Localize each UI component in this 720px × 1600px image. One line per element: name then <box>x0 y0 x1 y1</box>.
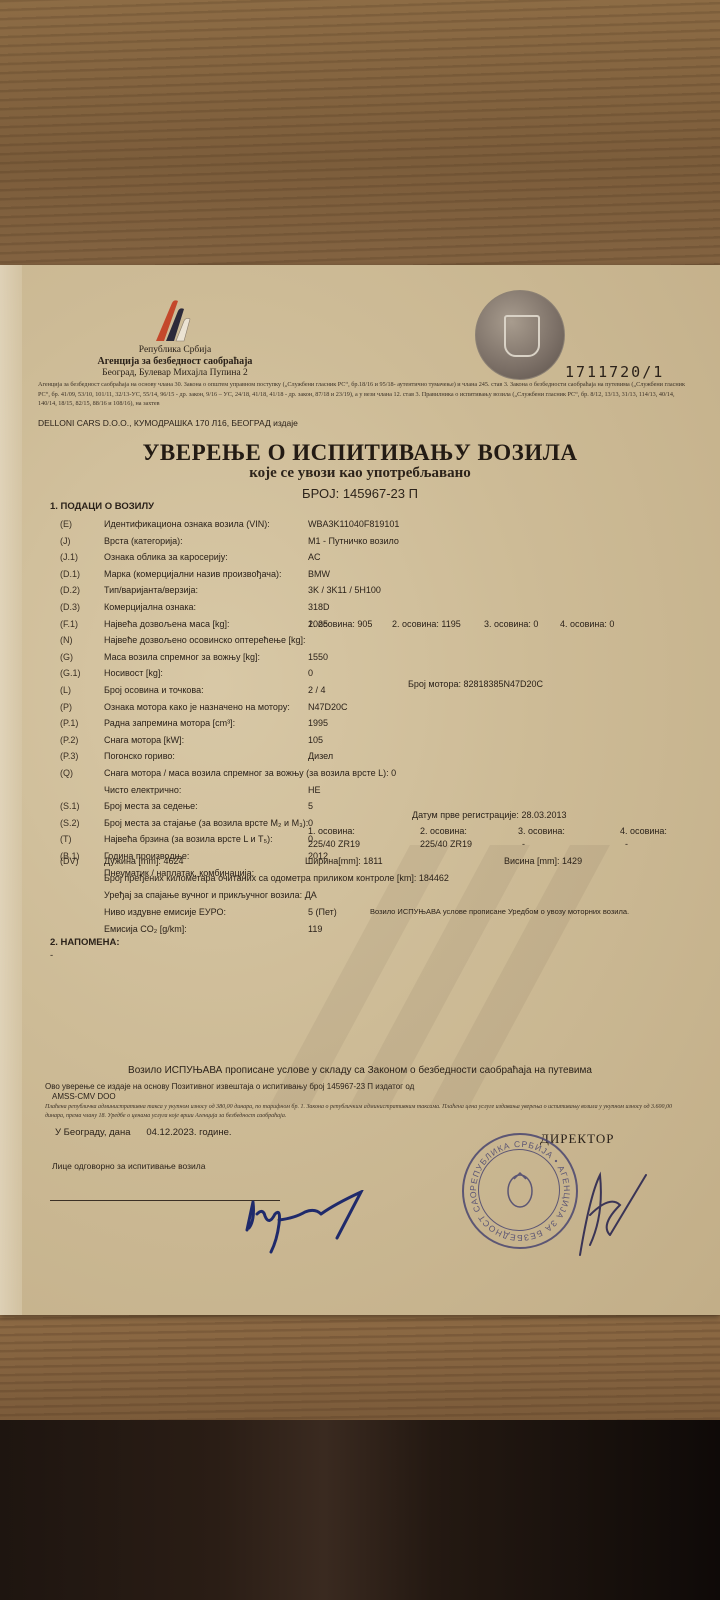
agency-address: Београд, Булевар Михајла Пупина 2 <box>80 368 270 379</box>
compliance-statement: Возило ИСПУЊАВА прописане услове у склад… <box>0 1065 720 1076</box>
section-vehicle-data-heading: 1. ПОДАЦИ О ВОЗИЛУ <box>50 501 154 512</box>
first-registration-label: Датум прве регистрације: <box>412 810 519 820</box>
vehicle-data-row: (D.3)Комерцијална ознака:318D <box>60 600 680 614</box>
axle-load-1: 1. осовина: 905 <box>308 617 372 631</box>
co2-value: 119 <box>308 922 322 936</box>
vehicle-data-row: (P.2)Снага мотора [kW]:105 <box>60 733 680 747</box>
field-value: 105 <box>308 733 323 747</box>
vehicle-data-row: (E)Идентификациона ознака возила (VIN):W… <box>60 517 680 531</box>
tyre-axle-1-label: 1. осовина: <box>308 824 355 838</box>
field-value: N47D20C <box>308 700 348 714</box>
coat-of-arms-icon <box>504 315 540 357</box>
field-code: (J.1) <box>60 550 110 564</box>
tyre-axle-4-value: - <box>625 837 628 851</box>
field-label: Комерцијална ознака: <box>104 600 196 614</box>
field-code: (D.2) <box>60 583 110 597</box>
field-value: 5 <box>308 799 313 813</box>
signature-tester-icon <box>235 1190 375 1260</box>
towing-label: Уређај за спајање вучног и прикључног во… <box>104 890 302 900</box>
field-value: 0 <box>308 666 313 680</box>
axle-load-2: 2. осовина: 1195 <box>392 617 461 631</box>
field-label: Носивост [kg]: <box>104 666 163 680</box>
field-label: Марка (комерцијални назив произвођача): <box>104 567 281 581</box>
field-code: (S.1) <box>60 799 110 813</box>
testing-lab: AMSS-CMV DOO <box>52 1092 116 1101</box>
wooden-table-top <box>0 0 720 270</box>
odometer-value: 184462 <box>419 873 449 883</box>
field-value: НЕ <box>308 783 321 797</box>
vehicle-data-row: (G)Маса возила спремног за вожњу [kg]:15… <box>60 650 680 664</box>
engine-number: Број мотора: 82818385N47D20C <box>408 677 543 691</box>
field-label: Највеће дозвољено осовинско оптерећење [… <box>104 633 306 647</box>
field-code: (J) <box>60 534 110 548</box>
vehicle-data-row: (S.1)Број места за седење:5 <box>60 799 680 813</box>
issuer-line: DELLONI CARS D.O.O., КУМОДРАШКА 170 Л16,… <box>38 418 298 428</box>
field-label: Идентификациона ознака возила (VIN): <box>104 517 270 531</box>
legal-basis-text: Агенција за безбедност саобраћаја на осн… <box>38 380 688 409</box>
field-label: Чисто електрично: <box>104 783 181 797</box>
tyre-axle-4-label: 4. осовина: <box>620 824 667 838</box>
euro-value: 5 (Пет) <box>308 905 337 919</box>
field-code: (S.2) <box>60 816 110 830</box>
background-floor <box>0 1420 720 1600</box>
certificate-document: Република Србија Агенција за безбедност … <box>0 265 720 1315</box>
field-value: 2 / 4 <box>308 683 326 697</box>
field-code: (N) <box>60 633 110 647</box>
vehicle-data-row: (J)Врста (категорија):M1 - Путничко вози… <box>60 534 680 548</box>
document-number-label: БРОЈ: <box>302 486 339 501</box>
tyre-axle-1-value: 225/40 ZR19 <box>308 837 360 851</box>
vehicle-data-row: (J.1)Ознака облика за каросерију:AC <box>60 550 680 564</box>
vehicle-data-row: (Q)Снага мотора / маса возила спремног з… <box>60 766 680 780</box>
signature-director-icon <box>560 1155 650 1265</box>
vehicle-data-row: (D.1)Марка (комерцијални назив произвођа… <box>60 567 680 581</box>
vehicle-data-row: (P.3)Погонско гориво:Дизел <box>60 749 680 763</box>
first-registration-value: 28.03.2013 <box>521 810 566 820</box>
first-registration: Датум прве регистрације: 28.03.2013 <box>412 808 566 822</box>
width: Ширина[mm]: 1811 <box>305 854 383 868</box>
field-value: AC <box>308 550 321 564</box>
towing-value: ДА <box>305 890 317 900</box>
place-date: У Београду, дана 04.12.2023. године. <box>55 1127 232 1138</box>
tyre-axle-2-label: 2. осовина: <box>420 824 467 838</box>
basis-text: Ово уверење се издаје на основу Позитивн… <box>45 1082 414 1091</box>
field-label: Радна запремина мотора [cm³]: <box>104 716 235 730</box>
length: Дужина [mm]: 4624 <box>104 854 183 868</box>
fee-note: Плаћена републичка административна такса… <box>45 1103 685 1121</box>
vehicle-data-row: (P.1)Радна запремина мотора [cm³]:1995 <box>60 716 680 730</box>
co2-label: Емисија CO₂ [g/km]: <box>104 922 187 936</box>
field-code: (D.1) <box>60 567 110 581</box>
field-code: (Q) <box>60 766 110 780</box>
agency-logo-icon <box>150 295 200 345</box>
field-value: BMW <box>308 567 330 581</box>
document-subtitle: које се увози као употребљавано <box>0 465 720 482</box>
odometer-label: Број пређених километара очитаних са одо… <box>104 873 416 883</box>
tyre-axle-3-value: - <box>522 837 525 851</box>
field-value: Дизел <box>308 749 333 763</box>
height: Висина [mm]: 1429 <box>504 854 582 868</box>
dimensions-code: (DV) <box>60 854 110 868</box>
field-label: Маса возила спремног за вожњу [kg]: <box>104 650 260 664</box>
svg-text:РЕПУБЛИКА СРБИЈА • АГЕНЦИЈА ЗА: РЕПУБЛИКА СРБИЈА • АГЕНЦИЈА ЗА БЕЗБЕДНОС… <box>464 1135 572 1243</box>
vehicle-data-row: Чисто електрично:НЕ <box>60 783 680 797</box>
tyre-axle-2-value: 225/40 ZR19 <box>420 837 472 851</box>
responsible-person-label: Лице одговорно за испитивање возила <box>52 1161 206 1171</box>
field-code: (P) <box>60 700 110 714</box>
dimensions-row: (DV) Дужина [mm]: 4624 Ширина[mm]: 1811 … <box>60 854 660 868</box>
agency-block: Република Србија Агенција за безбедност … <box>80 345 270 379</box>
field-label: Ознака облика за каросерију: <box>104 550 228 564</box>
document-number: БРОЈ: 145967-23 П <box>0 486 720 501</box>
agency-name: Агенција за безбедност саобраћаја <box>98 356 253 367</box>
wooden-table-edge <box>0 1310 720 1420</box>
field-label: Погонско гориво: <box>104 749 175 763</box>
odometer-row: Број пређених километара очитаних са одо… <box>104 871 449 885</box>
engine-number-value: 82818385N47D20C <box>463 679 543 689</box>
vehicle-data-row: (S.2)Број места за стајање (за возила вр… <box>60 816 680 830</box>
field-code: (T) <box>60 832 110 846</box>
towing-row: Уређај за спајање вучног и прикључног во… <box>104 888 317 902</box>
serial-number: 1711720/1 <box>565 363 664 381</box>
field-value: 318D <box>308 600 330 614</box>
field-code: (P.3) <box>60 749 110 763</box>
field-value: 1550 <box>308 650 328 664</box>
engine-number-label: Број мотора: <box>408 679 461 689</box>
vehicle-data-row: (N)Највеће дозвољено осовинско оптерећењ… <box>60 633 680 647</box>
document-number-value: 145967-23 П <box>343 486 418 501</box>
field-value: 1995 <box>308 716 328 730</box>
field-value: WBA3K11040F819101 <box>308 517 399 531</box>
field-label: Тип/варијанта/верзија: <box>104 583 198 597</box>
field-value: M1 - Путничко возило <box>308 534 399 548</box>
field-label: Врста (категорија): <box>104 534 183 548</box>
vehicle-data-row: (T)Највећа брзина (за возила врсте L и T… <box>60 832 680 846</box>
field-code: (G) <box>60 650 110 664</box>
field-code: (P.1) <box>60 716 110 730</box>
field-code: (P.2) <box>60 733 110 747</box>
field-label: Снага мотора [kW]: <box>104 733 184 747</box>
field-code: (D.3) <box>60 600 110 614</box>
field-label: Број места за стајање (за возила врсте M… <box>104 816 308 830</box>
axle-load-3: 3. осовина: 0 <box>484 617 538 631</box>
section-notes-heading: 2. НАПОМЕНА: <box>50 937 120 948</box>
field-code: (G.1) <box>60 666 110 680</box>
field-code: (F.1) <box>60 617 110 631</box>
place-label: У Београду, дана <box>55 1127 131 1138</box>
axle-load-4: 4. осовина: 0 <box>560 617 614 631</box>
euro-label: Ниво издувне емисије ЕУРО: <box>104 905 226 919</box>
issue-date: 04.12.2023. године. <box>146 1127 231 1138</box>
field-label: Највећа брзина (за возила врсте L и T₅): <box>104 832 273 846</box>
field-value: 3K / 3K11 / 5H100 <box>308 583 381 597</box>
field-label: Ознака мотора како је назначено на мотор… <box>104 700 290 714</box>
field-label: Број места за седење: <box>104 799 198 813</box>
document-title: УВЕРЕЊЕ О ИСПИТИВАЊУ ВОЗИЛА <box>0 440 720 466</box>
field-label: Снага мотора / маса возила спремног за в… <box>104 766 396 780</box>
paper-security-strip <box>0 265 22 1315</box>
field-label: Број осовина и точкова: <box>104 683 204 697</box>
vehicle-data-row: (P)Ознака мотора како је назначено на мо… <box>60 700 680 714</box>
hologram-seal <box>475 290 565 380</box>
euro-compliance-note: Возило ИСПУЊАВА услове прописане Уредбом… <box>370 905 629 919</box>
field-label: Највећа дозвољена маса [kg]: <box>104 617 230 631</box>
republic-name: Република Србија <box>80 345 270 356</box>
tyre-axle-3-label: 3. осовина: <box>518 824 565 838</box>
field-code: (E) <box>60 517 110 531</box>
field-code: (L) <box>60 683 110 697</box>
notes-text: - <box>50 950 53 961</box>
vehicle-data-row: (D.2)Тип/варијанта/верзија:3K / 3K11 / 5… <box>60 583 680 597</box>
vehicle-data-row: (G.1)Носивост [kg]:0 <box>60 666 680 680</box>
vehicle-data-row: (L)Број осовина и точкова:2 / 4 <box>60 683 680 697</box>
